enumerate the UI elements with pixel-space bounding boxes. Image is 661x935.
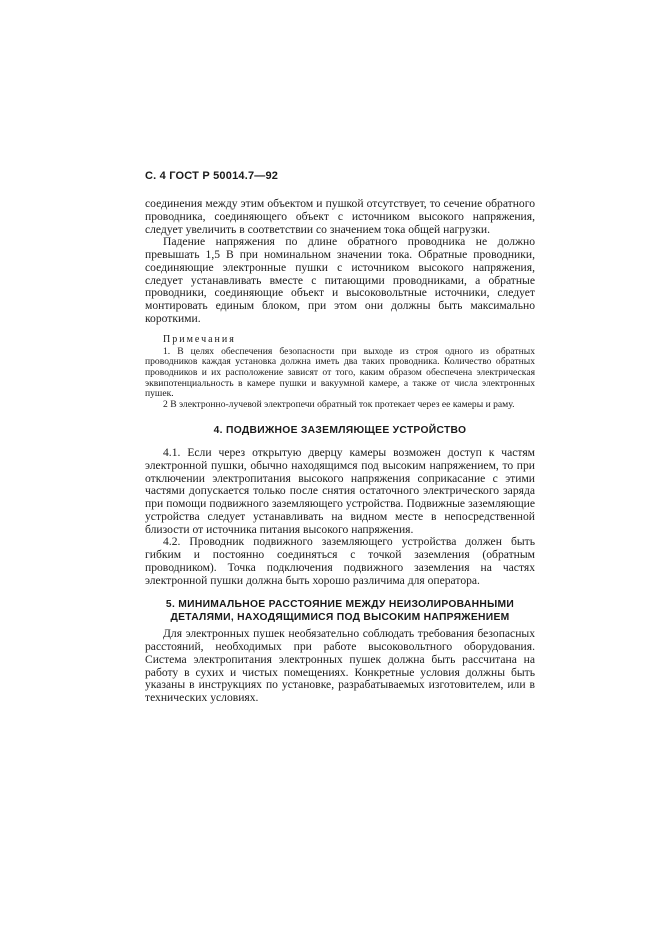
paragraph-4-2: 4.2. Проводник подвижного заземляющего у… (145, 536, 535, 587)
running-head: С. 4 ГОСТ Р 50014.7—92 (145, 170, 535, 184)
paragraph-continuation: соединения между этим объектом и пушкой … (145, 198, 535, 236)
section-5-title-line-1: 5. МИНИМАЛЬНОЕ РАССТОЯНИЕ МЕЖДУ НЕИЗОЛИР… (145, 599, 535, 612)
note-item-1: 1. В целях обеспечения безопасности при … (145, 347, 535, 401)
section-5-title-line-2: ДЕТАЛЯМИ, НАХОДЯЩИМИСЯ ПОД ВЫСОКИМ НАПРЯ… (145, 612, 535, 625)
paragraph-5: Для электронных пушек необязательно собл… (145, 628, 535, 705)
document-page: С. 4 ГОСТ Р 50014.7—92 соединения между … (145, 170, 535, 705)
paragraph-voltage-drop: Падение напряжения по длине обратного пр… (145, 236, 535, 325)
notes-block: Примечания 1. В целях обеспечения безопа… (145, 334, 535, 411)
section-4-title: 4. ПОДВИЖНОЕ ЗАЗЕМЛЯЮЩЕЕ УСТРОЙСТВО (145, 425, 535, 438)
note-item-2: 2 В электронно-лучевой электропечи обрат… (145, 400, 535, 411)
section-5-title: 5. МИНИМАЛЬНОЕ РАССТОЯНИЕ МЕЖДУ НЕИЗОЛИР… (145, 599, 535, 624)
paragraph-4-1: 4.1. Если через открытую дверцу камеры в… (145, 447, 535, 536)
notes-title: Примечания (145, 334, 535, 346)
